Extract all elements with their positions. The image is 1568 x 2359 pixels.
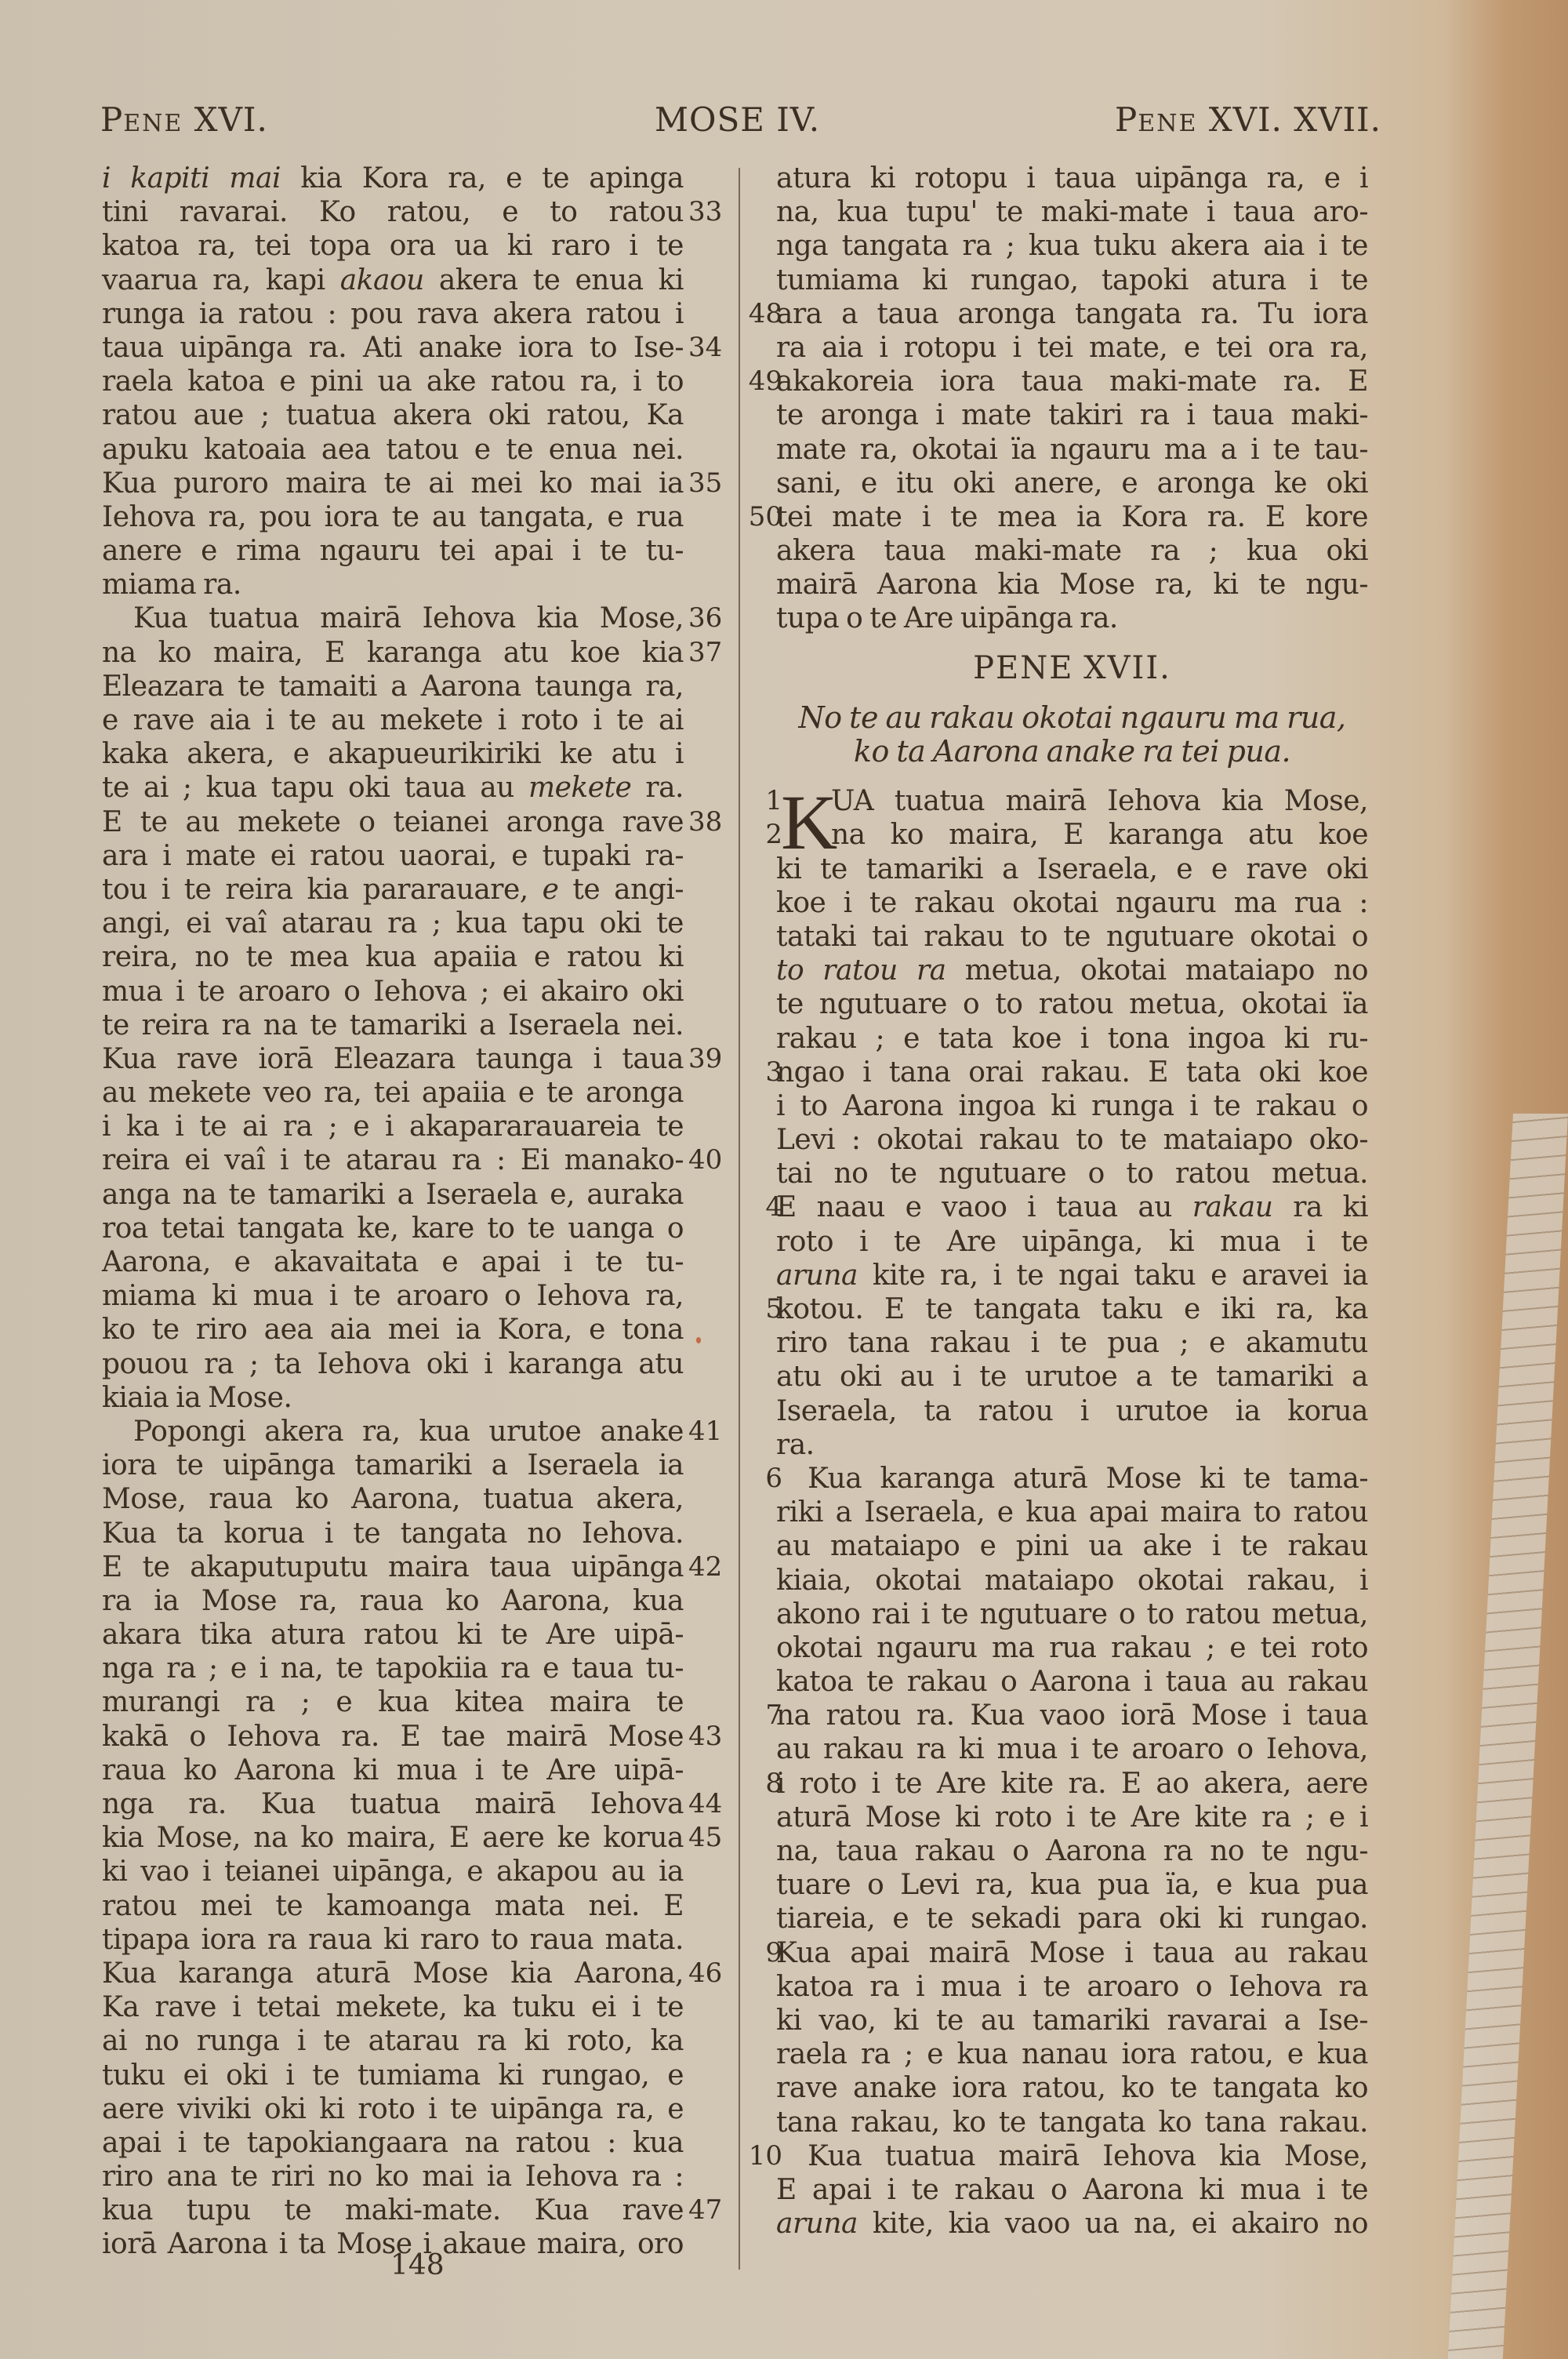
text-run: iora te uipānga tamariki a Iseraela ia: [102, 1449, 684, 1481]
text-line: Kua apai mairā Mose i taua au rakau9: [745, 1936, 1372, 1970]
text-run: koe i te rakau okotai ngauru ma rua :: [776, 887, 1368, 919]
line-text: katoa ra, tei topa ora ua ki raro i te: [102, 229, 684, 263]
text-line: Eleazara te tamaiti a Aarona taunga ra,: [102, 670, 729, 703]
text-run: ra.: [631, 772, 684, 804]
line-text: ko te riro aea aia mei ia Kora, e tona: [102, 1313, 684, 1347]
text-line: akono rai i te ngutuare o to ratou metua…: [745, 1598, 1372, 1631]
text-run: au mekete veo ra, tei apaiia e te aronga: [102, 1077, 684, 1109]
text-line: E naau e vaoo i taua au rakau ra ki4: [745, 1190, 1372, 1224]
text-run: Eleazara te tamaiti a Aarona taunga ra,: [102, 671, 684, 703]
line-text: na, kua tupu' te maki-mate i taua aro-: [776, 195, 1368, 229]
text-run: ko te riro aea aia mei ia Kora, e tona: [102, 1314, 684, 1346]
text-run: e rave aia i te au mekete i roto i te ai: [102, 704, 684, 736]
line-text: au mataiapo e pini ua ake i te rakau: [776, 1529, 1368, 1563]
line-text: rakau ; e tata koe i tona ingoa ki ru-: [776, 1022, 1368, 1056]
text-line: tana rakau, ko te tangata ko tana rakau.: [745, 2106, 1372, 2139]
text-line: katoa ra, tei topa ora ua ki raro i te: [102, 229, 729, 263]
text-run: mate ra, okotai ïa ngauru ma a i te tau-: [776, 434, 1368, 466]
text-line: roa tetai tangata ke, kare to te uanga o: [102, 1212, 729, 1245]
text-line: anga na te tamariki a Iseraela e, auraka: [102, 1178, 729, 1212]
text-run: tei mate i te mea ia Kora ra. E kore: [776, 501, 1368, 533]
line-text: i to Aarona ingoa ki runga i te rakau o: [776, 1089, 1368, 1123]
line-text: raela ra ; e kua nanau iora ratou, e kua: [776, 2037, 1368, 2071]
verse-number: 6: [745, 1462, 782, 1496]
running-head-left: PENE XVI.: [100, 104, 268, 136]
line-text: ki vao i teianei uipānga, e akapou au ia: [102, 1855, 684, 1888]
text-line: katoa ra i mua i te aroaro o Iehova ra: [745, 1970, 1372, 2004]
line-text: reira ei vaî i te atarau ra : Ei manako-: [102, 1143, 684, 1177]
text-run: na ko maira, E karanga atu koe: [831, 819, 1368, 851]
verse-number: 10: [745, 2139, 782, 2173]
text-line: Aarona, e akavaitata e apai i te tu-: [102, 1245, 729, 1279]
line-text: katoa te rakau o Aarona i taua au rakau: [776, 1665, 1368, 1699]
text-run: aturā Mose ki roto i te Are kite ra ; e …: [776, 1801, 1368, 1834]
text-run: roto i te Are uipānga, ki mua i te: [776, 1226, 1368, 1258]
line-text: aruna kite ra, i te ngai taku e aravei i…: [776, 1259, 1368, 1292]
line-text: Eleazara te tamaiti a Aarona taunga ra,: [102, 670, 684, 703]
text-run: ratou mei te kamoanga mata nei. E: [102, 1890, 684, 1922]
line-text: Levi : okotai rakau to te mataiapo oko-: [776, 1123, 1368, 1157]
text-line: i ka i te ai ra ; e i akapararauareia te: [102, 1110, 729, 1143]
line-text: riro ana te riri no ko mai ia Iehova ra …: [102, 2160, 684, 2194]
text-run: sani, e itu oki anere, e aronga ke oki: [776, 467, 1368, 500]
verse-number: 4: [745, 1190, 782, 1224]
line-text: i ka i te ai ra ; e i akapararauareia te: [102, 1110, 684, 1143]
line-text: ra ia Mose ra, raua ko Aarona, kua: [102, 1584, 684, 1618]
text-line: vaarua ra, kapi akaou akera te enua ki: [102, 264, 729, 297]
line-text: E naau e vaoo i taua au rakau ra ki: [776, 1190, 1368, 1224]
text-line: Kua ta korua i te tangata no Iehova.: [102, 1517, 729, 1550]
line-text: apai i te tapokiangaara na ratou : kua: [102, 2126, 684, 2160]
text-line: Kua karanga aturā Mose ki te tama-6: [745, 1462, 1372, 1496]
text-line: rakau ; e tata koe i tona ingoa ki ru-: [745, 1022, 1372, 1056]
text-line: Kua rave iorā Eleazara taunga i taua39: [102, 1042, 729, 1076]
text-run: kakā o Iehova ra. E tae mairā Mose: [102, 1721, 684, 1753]
line-text: te ngutuare o to ratou metua, okotai ïa: [776, 987, 1368, 1021]
verse-number: 47: [688, 2194, 722, 2227]
line-text: anga na te tamariki a Iseraela e, auraka: [102, 1178, 684, 1212]
line-text: e rave aia i te au mekete i roto i te ai: [102, 703, 684, 737]
line-text: kiaia, okotai mataiapo okotai rakau, i: [776, 1564, 1368, 1598]
text-run: riro ana te riri no ko mai ia Iehova ra …: [102, 2161, 684, 2193]
text-line: i to Aarona ingoa ki runga i te rakau o: [745, 1089, 1372, 1123]
verse-number: 36: [688, 602, 722, 635]
line-text: akakoreia iora taua maki-mate ra. E: [776, 365, 1368, 398]
italic-text: akaou: [340, 264, 424, 296]
text-run: rakau ; e tata koe i tona ingoa ki ru-: [776, 1023, 1368, 1055]
text-line: Ka rave i tetai mekete, ka tuku ei i te: [102, 1990, 729, 2024]
italic-text: rakau: [1192, 1191, 1273, 1223]
text-run: mairā Aarona kia Mose ra, ki te ngu-: [776, 569, 1368, 601]
text-line: reira, no te mea kua apaiia e ratou ki: [102, 940, 729, 974]
line-text: Kua apai mairā Mose i taua au rakau: [776, 1936, 1368, 1970]
line-text: riro tana rakau i te pua ; e akamutu: [776, 1326, 1368, 1360]
text-line: te aronga i mate takiri ra i taua maki-: [745, 398, 1372, 432]
text-run: kua tupu te maki-mate. Kua rave: [102, 2194, 684, 2226]
line-text: au rakau ra ki mua i te aroaro o Iehova,: [776, 1732, 1368, 1766]
verse-number: 44: [688, 1787, 722, 1821]
text-run: te ngutuare o to ratou metua, okotai ïa: [776, 988, 1368, 1020]
line-text: ratou mei te kamoanga mata nei. E: [102, 1889, 684, 1923]
text-run: apai i te tapokiangaara na ratou : kua: [102, 2127, 684, 2159]
text-run: kaka akera, e akapueurikiriki ke atu i: [102, 738, 684, 770]
line-text: ngao i tana orai rakau. E tata oki koe: [776, 1056, 1368, 1089]
line-text: mua i te aroaro o Iehova ; ei akairo oki: [102, 975, 684, 1009]
text-line: ko te riro aea aia mei ia Kora, e tona: [102, 1313, 729, 1347]
text-line: riro ana te riri no ko mai ia Iehova ra …: [102, 2160, 729, 2194]
line-text: tei mate i te mea ia Kora ra. E kore: [776, 500, 1368, 534]
text-run: akara tika atura ratou ki te Are uipā-: [102, 1619, 684, 1651]
line-text: rave anake iora ratou, ko te tangata ko: [776, 2071, 1368, 2105]
text-run: i ka i te ai ra ; e i akapararauareia te: [102, 1110, 684, 1143]
verse-number: 2: [745, 818, 782, 852]
text-line: okotai ngauru ma rua rakau ; e tei roto: [745, 1631, 1372, 1665]
line-text: tini ravarai. Ko ratou, e to ratou: [102, 195, 684, 229]
line-text: raela katoa e pini ua ake ratou ra, i to: [102, 365, 684, 398]
line-text: tipapa iora ra raua ki raro to raua mata…: [102, 1923, 684, 1957]
verse-number: 33: [688, 195, 722, 229]
text-run: ki te tamariki a Iseraela, e e rave oki: [776, 853, 1368, 885]
text-run: au rakau ra ki mua i te aroaro o Iehova,: [776, 1733, 1368, 1765]
text-run: atura ki rotopu i taua uipānga ra, e i: [776, 162, 1368, 194]
line-text: Popongi akera ra, kua urutoe anake: [102, 1415, 684, 1448]
line-text: taua uipānga ra. Ati anake iora to Ise-: [102, 331, 684, 365]
text-run: na ratou ra. Kua vaoo iorā Mose i taua: [776, 1699, 1368, 1732]
text-line: murangi ra ; e kua kitea maira te: [102, 1685, 729, 1719]
text-run: mua i te aroaro o Iehova ; ei akairo oki: [102, 976, 684, 1008]
text-run: miama ki mua i te aroaro o Iehova ra,: [102, 1280, 684, 1312]
text-line: runga ia ratou : pou rava akera ratou i: [102, 297, 729, 331]
chapter-xvii-text: K UA tuatua mairā Iehova kia Mose,1na ko…: [745, 784, 1372, 2241]
line-text: tai no te ngutuare o to ratou metua.: [776, 1157, 1368, 1190]
text-line: miama ra.: [102, 568, 729, 602]
line-text: ra aia i rotopu i tei mate, e tei ora ra…: [776, 331, 1368, 365]
text-line: ai no runga i te atarau ra ki roto, ka: [102, 2024, 729, 2058]
line-text: miama ki mua i te aroaro o Iehova ra,: [102, 1279, 684, 1313]
text-run: katoa ra i mua i te aroaro o Iehova ra: [776, 1971, 1368, 2003]
text-run: ra ki: [1272, 1191, 1368, 1223]
text-line: roto i te Are uipānga, ki mua i te: [745, 1225, 1372, 1259]
text-run: tipapa iora ra raua ki raro to raua mata…: [102, 1924, 684, 1956]
line-text: aturā Mose ki roto i te Are kite ra ; e …: [776, 1801, 1368, 1834]
text-line: tipapa iora ra raua ki raro to raua mata…: [102, 1923, 729, 1957]
text-run: ara i mate ei ratou uaorai, e tupaki ra-: [102, 840, 684, 872]
text-run: te ai ; kua tapu oki taua au: [102, 772, 528, 804]
verse-number: 43: [688, 1720, 722, 1754]
line-text: okotai ngauru ma rua rakau ; e tei roto: [776, 1631, 1368, 1665]
text-run: Kua apai mairā Mose i taua au rakau: [776, 1937, 1368, 1969]
text-run: kiaia ia Mose.: [102, 1382, 292, 1414]
text-run: tumiama ki rungao, tapoki atura i te: [776, 264, 1368, 296]
verse-number: 3: [745, 1056, 782, 1089]
text-run: ra aia i rotopu i tei mate, e tei ora ra…: [776, 332, 1368, 364]
text-run: tana rakau, ko te tangata ko tana rakau.: [776, 2106, 1368, 2139]
text-line: tei mate i te mea ia Kora ra. E kore50: [745, 500, 1372, 534]
verse-number: 5: [745, 1292, 782, 1326]
text-run: reira, no te mea kua apaiia e ratou ki: [102, 941, 684, 973]
text-run: kiaia, okotai mataiapo okotai rakau, i: [776, 1565, 1368, 1597]
text-line: tai no te ngutuare o to ratou metua.: [745, 1157, 1372, 1190]
line-text: mairā Aarona kia Mose ra, ki te ngu-: [776, 568, 1368, 602]
text-run: kia Kora ra, e te apinga: [281, 162, 684, 194]
line-text: Mose, raua ko Aarona, tuatua akera,: [102, 1482, 684, 1516]
text-line: ratou aue ; tuatua akera oki ratou, Ka: [102, 398, 729, 432]
text-line: i roto i te Are kite ra. E ao akera, aer…: [745, 1767, 1372, 1801]
text-line: ara i mate ei ratou uaorai, e tupaki ra-: [102, 839, 729, 873]
verse-number: 1: [745, 784, 782, 818]
text-run: roa tetai tangata ke, kare to te uanga o: [102, 1212, 684, 1245]
text-line: akera taua maki-mate ra ; kua oki: [745, 534, 1372, 568]
text-run: Mose, raua ko Aarona, tuatua akera,: [102, 1483, 684, 1515]
line-text: Kua karanga aturā Mose kia Aarona,: [102, 1957, 684, 1990]
text-run: kite, kia vaoo ua na, ei akairo no: [858, 2208, 1368, 2240]
italic-text: aruna: [776, 2208, 858, 2240]
text-run: i roto i te Are kite ra. E ao akera, aer…: [776, 1768, 1368, 1800]
text-run: aere viviki oki ki roto i te uipānga ra,…: [102, 2093, 684, 2125]
line-text: Kua tuatua mairā Iehova kia Mose,: [776, 2139, 1368, 2173]
text-line: kiaia ia Mose.: [102, 1381, 729, 1415]
line-text: tataki tai rakau to te ngutuare okotai o: [776, 920, 1368, 954]
text-line: pouou ra ; ta Iehova oki i karanga atu: [102, 1347, 729, 1381]
text-run: kotou. E te tangata taku e iki ra, ka: [776, 1293, 1368, 1325]
text-run: Kua karanga aturā Mose ki te tama-: [808, 1463, 1368, 1495]
italic-text: mekete: [528, 772, 631, 804]
text-line: kotou. E te tangata taku e iki ra, ka5: [745, 1292, 1372, 1326]
line-text: akera taua maki-mate ra ; kua oki: [776, 534, 1368, 568]
line-text: na ko maira, E karanga atu koe kia: [102, 636, 684, 670]
text-line: ngao i tana orai rakau. E tata oki koe3: [745, 1056, 1372, 1089]
line-text: Iehova ra, pou iora te au tangata, e rua: [102, 500, 684, 534]
text-line: Mose, raua ko Aarona, tuatua akera,: [102, 1482, 729, 1516]
running-head-center: MOSE IV.: [655, 104, 820, 136]
line-text: au mekete veo ra, tei apaiia e te aronga: [102, 1076, 684, 1110]
text-run: na, kua tupu' te maki-mate i taua aro-: [776, 196, 1368, 228]
text-line: atu oki au i te urutoe a te tamariki a: [745, 1360, 1372, 1394]
text-run: tataki tai rakau to te ngutuare okotai o: [776, 921, 1368, 953]
line-text: murangi ra ; e kua kitea maira te: [102, 1685, 684, 1719]
line-text: na, taua rakau o Aarona ra no te ngu-: [776, 1834, 1368, 1868]
text-line: apai i te tapokiangaara na ratou : kua: [102, 2126, 729, 2160]
verse-number: 35: [688, 467, 722, 500]
verse-number: 45: [688, 1821, 722, 1855]
line-text: mate ra, okotai ïa ngauru ma a i te tau-: [776, 433, 1368, 467]
text-run: tini ravarai. Ko ratou, e to ratou: [102, 196, 684, 228]
text-line: atura ki rotopu i taua uipānga ra, e i: [745, 162, 1372, 195]
line-text: aruna kite, kia vaoo ua na, ei akairo no: [776, 2207, 1368, 2241]
line-text: atu oki au i te urutoe a te tamariki a: [776, 1360, 1368, 1394]
text-line: na, kua tupu' te maki-mate i taua aro-: [745, 195, 1372, 229]
line-text: tuku ei oki i te tumiama ki rungao, e: [102, 2059, 684, 2092]
text-run: raela ra ; e kua nanau iora ratou, e kua: [776, 2038, 1368, 2070]
text-line: koe i te rakau okotai ngauru ma rua :: [745, 886, 1372, 920]
text-line: aere viviki oki ki roto i te uipānga ra,…: [102, 2092, 729, 2126]
text-run: kite ra, i te ngai taku e aravei ia: [858, 1259, 1368, 1292]
line-text: kiaia ia Mose.: [102, 1381, 684, 1415]
line-text: i roto i te Are kite ra. E ao akera, aer…: [776, 1767, 1368, 1801]
text-run: angi, ei vaî atarau ra ; kua tapu oki te: [102, 907, 684, 940]
text-run: ki vao i teianei uipānga, e akapou au ia: [102, 1856, 684, 1888]
text-line: Levi : okotai rakau to te mataiapo oko-: [745, 1123, 1372, 1157]
line-text: E te akaputuputu maira taua uipānga: [102, 1550, 684, 1584]
text-run: na, taua rakau o Aarona ra no te ngu-: [776, 1835, 1368, 1867]
text-run: Kua rave iorā Eleazara taunga i taua: [102, 1043, 684, 1075]
text-run: Popongi akera ra, kua urutoe anake: [133, 1416, 684, 1448]
text-run: apuku katoaia aea tatou e te enua nei.: [102, 434, 684, 466]
text-line: katoa te rakau o Aarona i taua au rakau: [745, 1665, 1372, 1699]
text-run: tiareia, e te sekadi para oki ki rungao.: [776, 1903, 1368, 1935]
text-line: tini ravarai. Ko ratou, e to ratou33: [102, 195, 729, 229]
verse-number: 50: [745, 500, 782, 534]
text-line: raua ko Aarona ki mua i te Are uipā-: [102, 1754, 729, 1787]
text-run: Kua tuatua mairā Iehova kia Mose,: [133, 602, 684, 634]
line-text: angi, ei vaî atarau ra ; kua tapu oki te: [102, 907, 684, 940]
text-line: aruna kite ra, i te ngai taku e aravei i…: [745, 1259, 1372, 1292]
text-run: E te au mekete o teianei aronga rave: [102, 806, 684, 838]
text-line: ratou mei te kamoanga mata nei. E: [102, 1889, 729, 1923]
text-line: kiaia, okotai mataiapo okotai rakau, i: [745, 1564, 1372, 1598]
verse-number: 46: [688, 1957, 722, 1990]
text-line: Kua tuatua mairā Iehova kia Mose,36: [102, 602, 729, 635]
text-line: ra ia Mose ra, raua ko Aarona, kua: [102, 1584, 729, 1618]
text-line: kua tupu te maki-mate. Kua rave47: [102, 2194, 729, 2227]
text-line: ki te tamariki a Iseraela, e e rave oki: [745, 852, 1372, 886]
text-run: na ko maira, E karanga atu koe kia: [102, 637, 684, 669]
text-run: tai no te ngutuare o to ratou metua.: [776, 1158, 1368, 1190]
text-line: tuare o Levi ra, kua pua ïa, e kua pua: [745, 1868, 1372, 1902]
line-text: tiareia, e te sekadi para oki ki rungao.: [776, 1902, 1368, 1936]
line-text: ratou aue ; tuatua akera oki ratou, Ka: [102, 398, 684, 432]
text-line: na ratou ra. Kua vaoo iorā Mose i taua7: [745, 1699, 1372, 1732]
line-text: Kua tuatua mairā Iehova kia Mose,: [102, 602, 684, 635]
text-line: tuku ei oki i te tumiama ki rungao, e: [102, 2059, 729, 2092]
line-text: kaka akera, e akapueurikiriki ke atu i: [102, 737, 684, 771]
text-line: Iseraela, ta ratou i urutoe ia korua: [745, 1394, 1372, 1428]
text-line: Kua puroro maira te ai mei ko mai ia35: [102, 467, 729, 500]
line-text: tuare o Levi ra, kua pua ïa, e kua pua: [776, 1868, 1368, 1902]
text-line: sani, e itu oki anere, e aronga ke oki: [745, 467, 1372, 500]
text-line: te ngutuare o to ratou metua, okotai ïa: [745, 987, 1372, 1021]
verse-number: 41: [688, 1415, 722, 1448]
line-text: nga tangata ra ; kua tuku akera aia i te: [776, 229, 1368, 263]
text-run: akono rai i te ngutuare o to ratou metua…: [776, 1598, 1368, 1630]
line-text: koe i te rakau okotai ngauru ma rua :: [776, 886, 1368, 920]
line-text: Kua karanga aturā Mose ki te tama-: [776, 1462, 1368, 1496]
text-line: Kua tuatua mairā Iehova kia Mose,10: [745, 2139, 1372, 2173]
text-run: te aronga i mate takiri ra i taua maki-: [776, 399, 1368, 431]
text-run: tou i te reira kia pararauare,: [102, 874, 543, 906]
right-column: atura ki rotopu i taua uipānga ra, e ina…: [745, 162, 1372, 2241]
line-text: Kua puroro maira te ai mei ko mai ia: [102, 467, 684, 500]
text-run: riro tana rakau i te pua ; e akamutu: [776, 1327, 1368, 1359]
line-text: tupa o te Are uipānga ra.: [776, 602, 1368, 635]
text-line: mua i te aroaro o Iehova ; ei akairo oki: [102, 975, 729, 1009]
text-run: Kua puroro maira te ai mei ko mai ia: [102, 467, 684, 500]
text-line: tumiama ki rungao, tapoki atura i te: [745, 264, 1372, 297]
italic-text: i kapiti mai: [102, 162, 281, 194]
line-text: akara tika atura ratou ki te Are uipā-: [102, 1618, 684, 1652]
line-text: aere viviki oki ki roto i te uipānga ra,…: [102, 2092, 684, 2126]
text-line: taua uipānga ra. Ati anake iora to Ise-3…: [102, 331, 729, 365]
text-line: apuku katoaia aea tatou e te enua nei.: [102, 433, 729, 467]
left-column: i kapiti mai kia Kora ra, e te apingatin…: [102, 162, 729, 2262]
text-line: mate ra, okotai ïa ngauru ma a i te tau-: [745, 433, 1372, 467]
text-line: tiareia, e te sekadi para oki ki rungao.: [745, 1902, 1372, 1936]
text-line: ra aia i rotopu i tei mate, e tei ora ra…: [745, 331, 1372, 365]
text-line: kia Mose, na ko maira, E aere ke korua45: [102, 1821, 729, 1855]
text-line: na ko maira, E karanga atu koe kia37: [102, 636, 729, 670]
italic-text: e: [543, 874, 559, 906]
text-line: E te au mekete o teianei aronga rave38: [102, 805, 729, 839]
text-run: akera te enua ki: [424, 264, 684, 296]
text-run: au mataiapo e pini ua ake i te rakau: [776, 1530, 1368, 1562]
line-text: Aarona, e akavaitata e apai i te tu-: [102, 1245, 684, 1279]
line-text: kakā o Iehova ra. E tae mairā Mose: [102, 1720, 684, 1754]
line-text: ki te tamariki a Iseraela, e e rave oki: [776, 852, 1368, 886]
text-run: raua ko Aarona ki mua i te Are uipā-: [102, 1754, 684, 1787]
line-text: ara a taua aronga tangata ra. Tu iora: [776, 297, 1368, 331]
line-text: ra.: [776, 1428, 1368, 1462]
text-run: runga ia ratou : pou rava akera ratou i: [102, 298, 684, 330]
text-run: ngao i tana orai rakau. E tata oki koe: [776, 1056, 1368, 1089]
text-line: aturā Mose ki roto i te Are kite ra ; e …: [745, 1801, 1372, 1834]
text-line: aruna kite, kia vaoo ua na, ei akairo no: [745, 2207, 1372, 2241]
text-run: akakoreia iora taua maki-mate ra. E: [776, 365, 1368, 398]
text-run: te reira ra na te tamariki a Iseraela ne…: [102, 1009, 684, 1041]
line-text: E te au mekete o teianei aronga rave: [102, 805, 684, 839]
line-text: ara i mate ei ratou uaorai, e tupaki ra-: [102, 839, 684, 873]
line-text: kua tupu te maki-mate. Kua rave: [102, 2194, 684, 2227]
line-text: anere e rima ngauru tei apai i te tu-: [102, 534, 684, 568]
text-run: Kua tuatua mairā Iehova kia Mose,: [808, 2140, 1368, 2172]
text-line: mairā Aarona kia Mose ra, ki te ngu-: [745, 568, 1372, 602]
text-run: raela katoa e pini ua ake ratou ra, i to: [102, 365, 684, 398]
text-run: nga ra ; e i na, te tapokiia ra e taua t…: [102, 1652, 684, 1685]
text-line: riro tana rakau i te pua ; e akamutu: [745, 1326, 1372, 1360]
text-run: E apai i te rakau o Aarona ki mua i te: [776, 2174, 1368, 2206]
line-text: UA tuatua mairā Iehova kia Mose,: [776, 784, 1368, 818]
text-line: tupa o te Are uipānga ra.: [745, 602, 1372, 635]
chapter-heading: PENE XVII.: [745, 652, 1372, 685]
text-run: katoa ra, tei topa ora ua ki raro i te: [102, 230, 684, 262]
line-text: riki a Iseraela, e kua apai maira to rat…: [776, 1496, 1368, 1529]
text-line: E te akaputuputu maira taua uipānga42: [102, 1550, 729, 1584]
line-text: katoa ra i mua i te aroaro o Iehova ra: [776, 1970, 1368, 2004]
line-text: Kua rave iorā Eleazara taunga i taua: [102, 1042, 684, 1076]
verse-number: 38: [688, 805, 722, 839]
text-run: kia Mose, na ko maira, E aere ke korua: [102, 1822, 684, 1854]
line-text: te reira ra na te tamariki a Iseraela ne…: [102, 1009, 684, 1042]
text-run: nga ra. Kua tuatua mairā Iehova: [102, 1788, 684, 1820]
text-run: akera taua maki-mate ra ; kua oki: [776, 535, 1368, 567]
text-line: ki vao i teianei uipānga, e akapou au ia: [102, 1855, 729, 1888]
line-text: runga ia ratou : pou rava akera ratou i: [102, 297, 684, 331]
text-line: to ratou ra metua, okotai mataiapo no: [745, 954, 1372, 987]
text-run: ki vao, ki te au tamariki ravarai a Ise-: [776, 2005, 1368, 2037]
text-run: vaarua ra, kapi: [102, 264, 340, 296]
line-text: nga ra. Kua tuatua mairā Iehova: [102, 1787, 684, 1821]
line-text: tou i te reira kia pararauare, e te angi…: [102, 873, 684, 907]
line-text: to ratou ra metua, okotai mataiapo no: [776, 954, 1368, 987]
verse-number: 39: [688, 1042, 722, 1076]
text-run: riki a Iseraela, e kua apai maira to rat…: [776, 1496, 1368, 1528]
text-line: miama ki mua i te aroaro o Iehova ra,: [102, 1279, 729, 1313]
text-line: nga ra. Kua tuatua mairā Iehova44: [102, 1787, 729, 1821]
text-line: rave anake iora ratou, ko te tangata ko: [745, 2071, 1372, 2105]
book-page: PENE XVI. MOSE IV. PENE XVI. XVII. i kap…: [0, 0, 1568, 2359]
text-run: tuku ei oki i te tumiama ki rungao, e: [102, 2059, 684, 2092]
text-line: Kua karanga aturā Mose kia Aarona,46: [102, 1957, 729, 1990]
line-text: Iseraela, ta ratou i urutoe ia korua: [776, 1394, 1368, 1428]
